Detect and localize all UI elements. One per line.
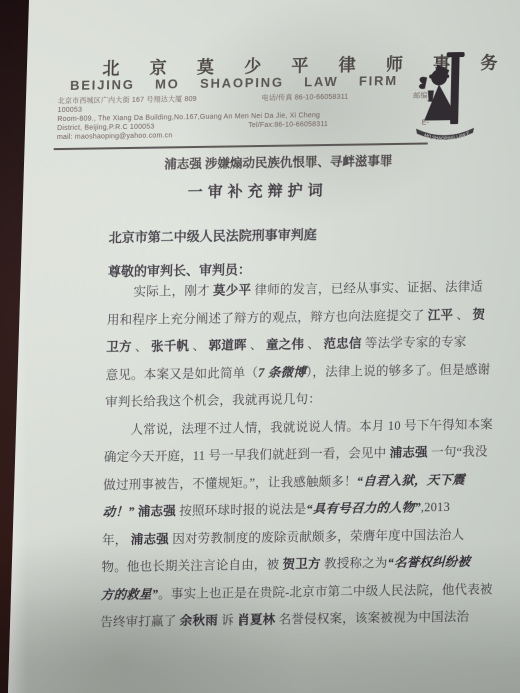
- text-segment: 、: [453, 307, 473, 321]
- text-segment: 、: [132, 340, 152, 354]
- text-segment: Tel/Fax:86-10-66058311: [248, 120, 328, 130]
- emphasized-name: 7 条微博: [258, 365, 306, 380]
- emphasized-name: 张千帆: [151, 339, 189, 354]
- case-charges-line: 浦志强 涉嫌煽动民族仇恨罪、寻衅滋事罪: [164, 151, 393, 172]
- emphasized-name: 余秋雨: [180, 614, 218, 629]
- text-segment: 做过刑事被告，不懂规矩。”，让我感触颇多！: [103, 474, 357, 492]
- text-segment: 等法学专家的专家: [361, 335, 466, 351]
- emphasized-name: 贺卫方: [282, 557, 320, 572]
- emphasized-name: 方的救星”: [101, 587, 159, 602]
- page-number: 1: [238, 617, 244, 629]
- photo-background: 北 京 莫 少 平 律 师 事 务 所 BEIJING MO SHAOPING …: [0, 0, 520, 693]
- document-body: 实际上，刚才 莫少平 律师的发言，已经从事实、证据、法律适用和程序上充分阐述了辩…: [100, 273, 500, 636]
- text-segment: 电话/传真 86-10-66058311: [261, 93, 348, 103]
- text-segment: 人常说，法理不过人情，我就说说人情。本月 10 号下午得知本案: [130, 417, 493, 436]
- text-segment: 按照环球时报的说法是: [176, 502, 307, 518]
- emphasized-name: 范忠信: [323, 336, 361, 351]
- text-segment: 因对劳教制度的废除贡献颇多，荣膺年度中国法治人: [169, 527, 465, 545]
- text-segment: 、: [247, 338, 267, 352]
- document-title: 一审补充辩护词: [187, 179, 327, 202]
- text-segment: 诉: [218, 613, 238, 627]
- text-segment: 律师的发言，已经从事实、证据、法律适: [251, 280, 483, 297]
- emphasized-name: 童之伟: [266, 337, 304, 352]
- text-segment: 。事实上也正是在贵院-北京市第二中级人民法院，他代表被: [158, 582, 493, 601]
- emphasized-name: “具有号召力的人物”: [306, 501, 421, 517]
- emphasized-name: 浦志强: [131, 532, 169, 547]
- text-segment: 确定今天开庭，11 号一早我们就赶到一看，会见中: [104, 446, 390, 464]
- text-segment: mail: maoshaoping@yahoo.com.cn: [57, 131, 173, 142]
- text-segment: 、: [304, 337, 324, 351]
- court-name: 北京市第二中级人民法院刑事审判庭: [109, 224, 317, 246]
- emphasized-name: 卫方: [106, 340, 132, 354]
- text-segment: 告终审打赢了: [100, 614, 180, 629]
- letterhead-contact-lines: 北京市西城区广内大街 167 号翔达大厦 809电话/传真 86-10-6605…: [57, 92, 430, 143]
- emphasized-name: 江平: [428, 308, 454, 322]
- emphasized-name: 浦志强: [390, 445, 428, 460]
- text-segment: 100053: [57, 106, 82, 115]
- letterhead-divider: [54, 143, 428, 150]
- emphasized-name: “名誉权纠纷被: [387, 555, 470, 570]
- emphasized-name: 郭道晖: [208, 338, 246, 353]
- emphasized-name: 浦志强: [138, 504, 176, 519]
- text-segment: 用和程序上充分阐述了辩方的观点，辩方也向法庭提交了: [107, 308, 428, 327]
- text-segment: ），法律上说的够多了。但是感谢: [306, 362, 491, 379]
- justice-scales-logo: MO SHAOPING LAW FIRM: [414, 50, 478, 153]
- document-content: 北 京 莫 少 平 律 师 事 务 所 BEIJING MO SHAOPING …: [0, 0, 520, 693]
- text-segment: 意见。本案又是如此简单（: [106, 366, 259, 382]
- text-segment: 、: [189, 339, 209, 353]
- text-segment: 名誉侵权案，该案被视为中国法治: [275, 610, 469, 627]
- text-segment: 年，: [102, 532, 131, 546]
- text-segment: 一句“我没: [428, 445, 488, 460]
- text-segment: 教授称之为: [321, 556, 388, 571]
- text-segment: 实际上，刚才: [133, 284, 213, 299]
- text-segment: 物。他也长期关注言论自由，被: [101, 558, 282, 575]
- body-line: 告终审打赢了 余秋雨 诉 肖夏林 名誉侵权案，该案被视为中国法治: [100, 603, 492, 636]
- emphasized-name: 贺: [472, 307, 485, 321]
- document-paper: 北 京 莫 少 平 律 师 事 务 所 BEIJING MO SHAOPING …: [0, 0, 520, 693]
- emphasized-name: 莫少平: [213, 283, 251, 298]
- text-segment: ,2013: [421, 500, 450, 514]
- emphasized-name: 动！”: [103, 505, 135, 519]
- body-line: 意见。本案又是如此简单（7 条微博），法律上说的够多了。但是感谢: [105, 356, 497, 389]
- text-segment: 审判长给我这个机会，我就再说几句：: [105, 392, 321, 409]
- emphasized-name: “自君入狱，天下震: [357, 472, 465, 488]
